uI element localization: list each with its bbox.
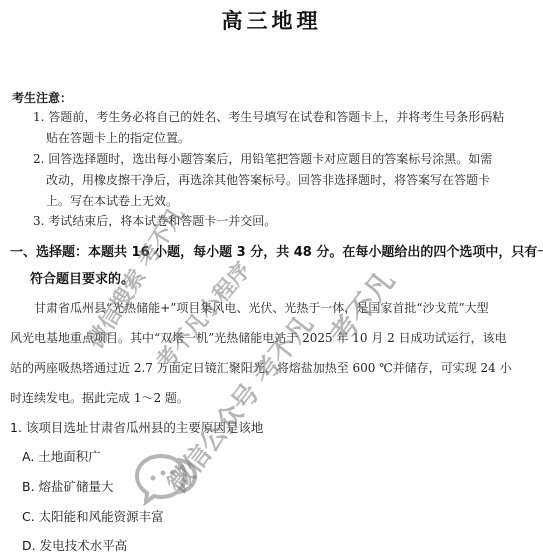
question-1-option-d: D. 发电技术水平高 xyxy=(22,539,127,553)
notice-item-1-line-1: 1. 答题前，考生务必将自己的姓名、考生号填写在试卷和答题卡上，并将考生号条形码… xyxy=(33,110,504,124)
question-1-option-b: B. 熔盐矿储量大 xyxy=(22,480,114,494)
section-heading-line-2: 符合题目要求的。 xyxy=(30,273,134,287)
notice-item-2-line-3: 上。写在本试卷上无效。 xyxy=(46,194,178,208)
page-title: 高三地理 xyxy=(0,5,543,35)
notice-heading: 考生注意： xyxy=(12,89,72,106)
passage-line-4: 时连续发电。据此完成 1～2 题。 xyxy=(10,391,189,405)
question-1-stem: 1. 该项目选址甘肃省瓜州县的主要原因是该地 xyxy=(10,421,263,435)
section-heading-line-1: 一、选择题：本题共 16 小题，每小题 3 分，共 48 分。在每小题给出的四个… xyxy=(10,246,543,260)
notice-item-1-line-2: 贴在答题卡上的指定位置。 xyxy=(46,131,190,145)
exam-page: 高三地理 考生注意： 1. 答题前，考生务必将自己的姓名、考生号填写在试卷和答题… xyxy=(0,0,543,560)
question-1-option-c: C. 太阳能和风能资源丰富 xyxy=(22,510,164,524)
wechat-logo-icon xyxy=(133,450,203,512)
passage-line-3: 站的两座吸热塔通过近 2.7 万面定日镜汇聚阳光，将熔盐加热至 600 ℃并储存… xyxy=(10,361,512,375)
passage-line-2: 风光电基地重点项目。其中“双塔一机”光热储能电站于 2025 年 10 月 2 … xyxy=(10,331,507,345)
notice-item-3-line-1: 3. 考试结束后，将本试卷和答题卡一并交回。 xyxy=(33,214,276,228)
notice-item-2-line-2: 改动，用橡皮擦干净后，再选涂其他答案标号。回答非选择题时，将答案写在答题卡 xyxy=(46,173,490,187)
question-1-option-a: A. 土地面积广 xyxy=(22,450,101,464)
passage-line-1: 甘肃省瓜州县“光热储能+”项目集风电、光伏、光热于一体，是国家首批“沙戈荒”大型 xyxy=(34,301,489,315)
notice-item-2-line-1: 2. 回答选择题时，选出每小题答案后，用铅笔把答题卡对应题目的答案标号涂黑。如需 xyxy=(33,152,492,166)
